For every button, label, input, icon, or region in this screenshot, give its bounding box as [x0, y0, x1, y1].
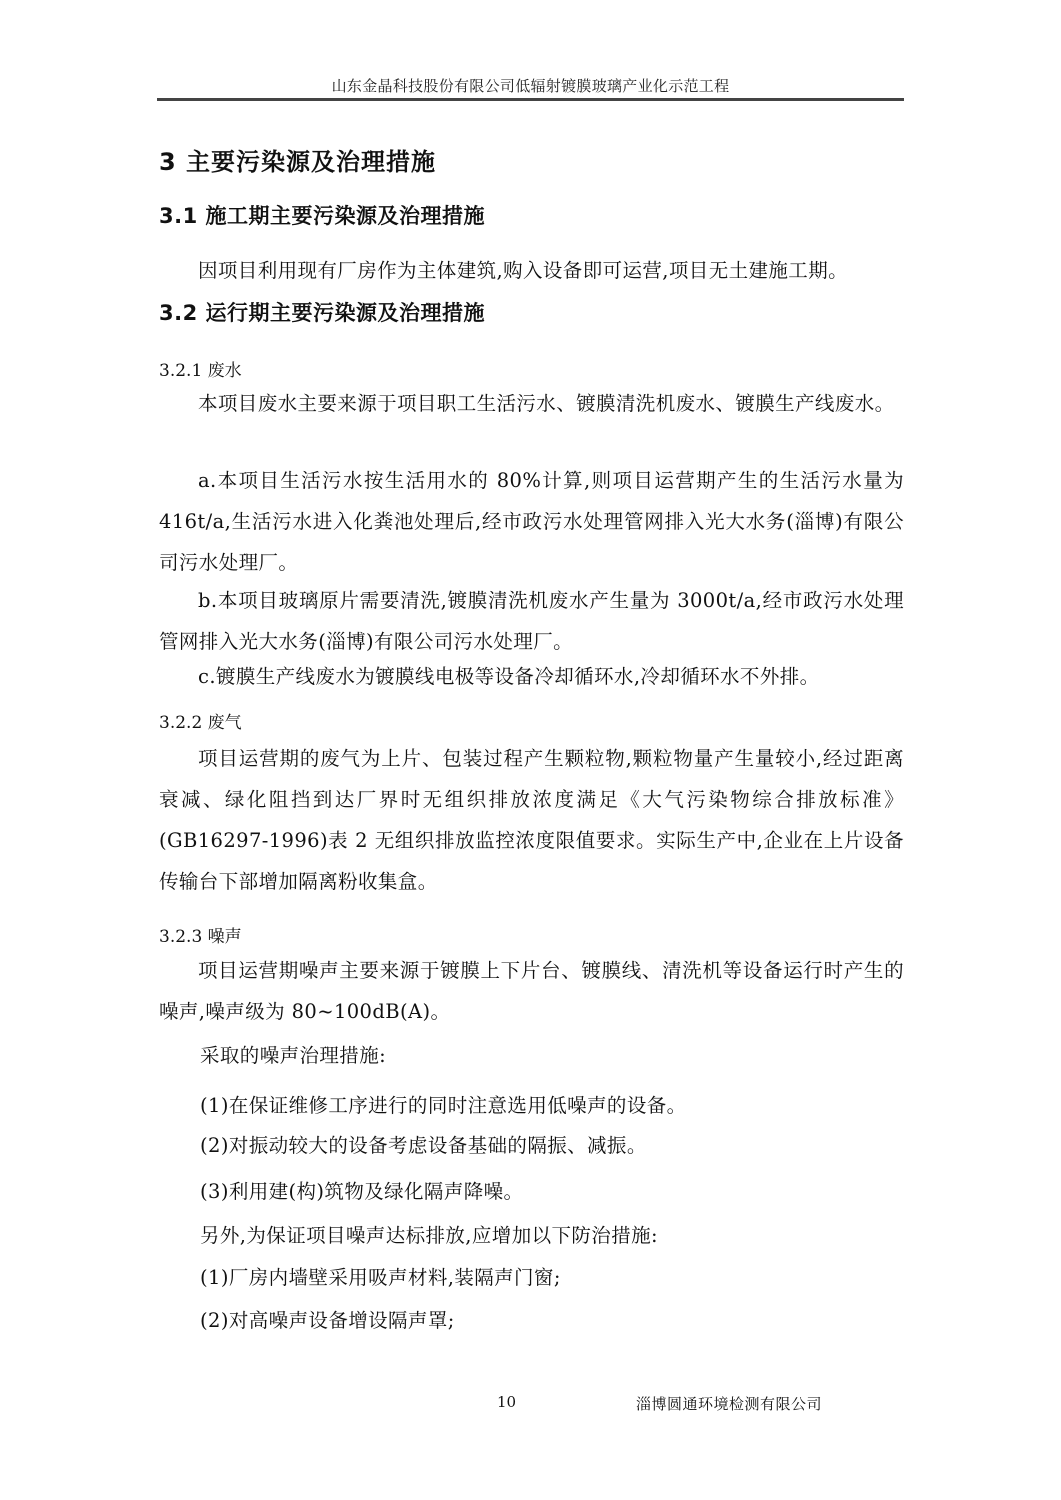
section-3-heading: 3 主要污染源及治理措施	[159, 142, 436, 177]
noise-extra-intro: 另外,为保证项目噪声达标排放,应增加以下防治措施:	[200, 1220, 658, 1248]
wastewater-item-c: c.镀膜生产线废水为镀膜线电极等设备冷却循环水,冷却循环水不外排。	[159, 656, 904, 697]
section-3-1-heading: 3.1 施工期主要污染源及治理措施	[159, 200, 485, 230]
exhaust-gas-paragraph: 项目运营期的废气为上片、包装过程产生颗粒物,颗粒物量产生量较小,经过距离衰减、绿…	[159, 738, 904, 902]
section-3-2-1-heading: 3.2.1 废水	[159, 356, 242, 381]
section-3-1-paragraph: 因项目利用现有厂房作为主体建筑,购入设备即可运营,项目无土建施工期。	[159, 250, 904, 291]
section-3-2-heading: 3.2 运行期主要污染源及治理措施	[159, 297, 485, 327]
section-3-2-3-heading: 3.2.3 噪声	[159, 922, 242, 947]
header-title: 山东金晶科技股份有限公司低辐射镀膜玻璃产业化示范工程	[157, 75, 904, 96]
noise-measure-item: (2)对振动较大的设备考虑设备基础的隔振、减振。	[200, 1130, 647, 1158]
section-3-2-2-heading: 3.2.2 废气	[159, 708, 242, 733]
noise-paragraph: 项目运营期噪声主要来源于镀膜上下片台、镀膜线、清洗机等设备运行时产生的噪声,噪声…	[159, 950, 904, 1032]
noise-extra-item: (1)厂房内墙壁采用吸声材料,装隔声门窗;	[200, 1262, 561, 1290]
header-divider	[157, 98, 904, 101]
wastewater-item-a: a.本项目生活污水按生活用水的 80%计算,则项目运营期产生的生活污水量为416…	[159, 460, 904, 583]
footer-company: 淄博圆通环境检测有限公司	[636, 1393, 822, 1414]
wastewater-item-b: b.本项目玻璃原片需要清洗,镀膜清洗机废水产生量为 3000t/a,经市政污水处…	[159, 580, 904, 662]
noise-extra-item: (2)对高噪声设备增设隔声罩;	[200, 1305, 455, 1333]
wastewater-intro-paragraph: 本项目废水主要来源于项目职工生活污水、镀膜清洗机废水、镀膜生产线废水。	[159, 383, 904, 424]
page-number: 10	[497, 1393, 516, 1411]
noise-measure-item: (1)在保证维修工序进行的同时注意选用低噪声的设备。	[200, 1090, 687, 1118]
noise-measures-intro: 采取的噪声治理措施:	[200, 1040, 386, 1068]
noise-measure-item: (3)利用建(构)筑物及绿化隔声降噪。	[200, 1176, 523, 1204]
